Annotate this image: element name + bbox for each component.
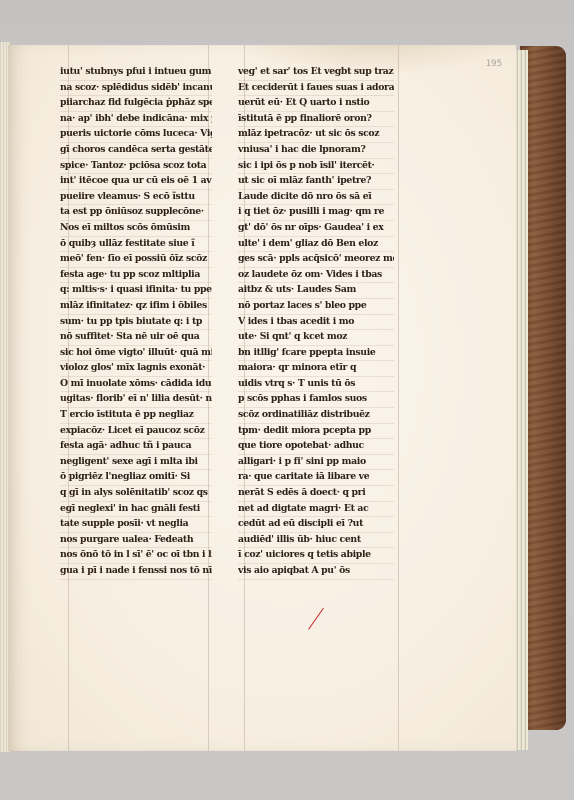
manuscript-line: gua i pī i nade i fenssi nos tō nīo xyxy=(60,564,212,580)
manuscript-line: maiora· qr minora etīr q xyxy=(238,361,394,377)
manuscript-line: gt' dō' ōs nr oīps· Gaudea' i ex xyxy=(238,221,394,237)
manuscript-line: tpm· dedit miora pcepta pp xyxy=(238,424,394,440)
manuscript-line: ut sic oī mlāz fanth' ipetre? xyxy=(238,174,394,190)
manuscript-line: iutu' stubnys pfui i intueu gum xyxy=(60,65,212,81)
manuscript-line: bn itllig' fcare ppepta insuie xyxy=(238,346,394,362)
manuscript-line: nerāt S edēs ā doect· q pri xyxy=(238,486,394,502)
manuscript-line: spice· Tantoz· pciōsa scoz tota xyxy=(60,159,212,175)
manuscript-line: uerūt eū· Et Q uarto i nstio xyxy=(238,96,394,112)
manuscript-line: O mī inuolate xōms· cādida idu' xyxy=(60,377,212,393)
manuscript-line: gī choros candēca serta gestātes in xyxy=(60,143,212,159)
manuscript-line: negligent' sexe agī i mlta ibi xyxy=(60,455,212,471)
manuscript-line: festa age· tu pp scoz mltiplia xyxy=(60,268,212,284)
manuscript-line: sum· tu pp tpis biutate q: i tp xyxy=(60,315,212,331)
manuscript-line: que tiore opotebat· adhuc xyxy=(238,439,394,455)
manuscript-line: aitbz & uts· Laudes Sam xyxy=(238,283,394,299)
manuscript-line: ra· que caritate iā libare ve xyxy=(238,470,394,486)
manuscript-line: egī neglexi' in hac gnāli festi xyxy=(60,502,212,518)
manuscript-line: pueiire vleamus· S ecō ĩsttu xyxy=(60,190,212,206)
manuscript-line: violoz glos' mīx lagnis exonāt· xyxy=(60,361,212,377)
manuscript-line: tate supple posīi· vt neglia xyxy=(60,517,212,533)
manuscript-line: ī coz' uiciores q tetis abiple xyxy=(238,548,394,564)
manuscript-line: p scōs pphas i famlos suos xyxy=(238,392,394,408)
manuscript-line: nos purgare ualea· Fedeath xyxy=(60,533,212,549)
manuscript-line: ulte' i dem' gliaz dō Ben eloz xyxy=(238,237,394,253)
manuscript-line: mlāz ifinitatez· qz ifim i ōbiles xyxy=(60,299,212,315)
manuscript-line: ō quibȝ ullāz festitate siue ĩ xyxy=(60,237,212,253)
manuscript-line: meō' fen· ſīo eī possiū ōīz scōz xyxy=(60,252,212,268)
manuscript-line: alligari· i p fi' sini pp maio xyxy=(238,455,394,471)
manuscript-line: na· ap' ibh' debe indicāna· mix pu xyxy=(60,112,212,128)
manuscript-line: sic hoi ōme vigto' illuūt· quā mito xyxy=(60,346,212,362)
manuscript-line: i q tiet ōz· pusilli i mag· qm re xyxy=(238,205,394,221)
manuscript-line: net ad digtate magri· Et ac xyxy=(238,502,394,518)
manuscript-line: sic i ipi ōs p nob īsil' itercēt· xyxy=(238,159,394,175)
manuscript-line: q: mltis·s· i quasi ifinita· tu ppe xyxy=(60,283,212,299)
manuscript-line: uidis vtrq s· T unis tū ōs xyxy=(238,377,394,393)
text-column-right: veg' et sar' tos Et vegbt sup traz·Et ce… xyxy=(238,65,394,580)
manuscript-line: ō pigriēz l'negliaz omitī· Si xyxy=(60,470,212,486)
manuscript-line: nō portaz laces s' bleo ppe xyxy=(238,299,394,315)
manuscript-line: Nos eī miltos scōs ōmūsim xyxy=(60,221,212,237)
manuscript-line: audiēd' illis ūb· hiuc cent xyxy=(238,533,394,549)
folio-number: 195 xyxy=(486,59,502,69)
manuscript-line: ute· Si qnt' q kcet moz xyxy=(238,330,394,346)
manuscript-line: vniusa' i hac die lpnoram? xyxy=(238,143,394,159)
manuscript-line: T ercio īstituta ē pp negliaz xyxy=(60,408,212,424)
manuscript-line: q gī in alys solēnitatib' scoz qs xyxy=(60,486,212,502)
manuscript-line: oz laudete ōz om· Vides i tbas xyxy=(238,268,394,284)
manuscript-line: mlāz ipetracōz· ut sic ōs scoz xyxy=(238,127,394,143)
manuscript-line: vis aio apiqbat A pu' ōs xyxy=(238,564,394,580)
manuscript-line: int' itēcoe qua ur cū eis oē 1 av ẍ xyxy=(60,174,212,190)
manuscript-line: nos ōnō tō in l sī' ē' oc oī tbn i li xyxy=(60,548,212,564)
manuscript-line: Laude dicite dō nro ōs sā eī xyxy=(238,190,394,206)
manuscript-line: pueris uictorie cōms luceca· Vigīn' xyxy=(60,127,212,143)
manuscript-line: ta est pp ōniūsoz supplecōne· xyxy=(60,205,212,221)
manuscript-line: festa agā· adhuc tñ i pauca xyxy=(60,439,212,455)
manuscript-line: ges scā· ppls acq̄sicō' meorez me xyxy=(238,252,394,268)
text-column-left: iutu' stubnys pfui i intueu gumna scoz· … xyxy=(60,65,212,580)
manuscript-line: īstitutā ē pp finaliorē oron? xyxy=(238,112,394,128)
manuscript-line: na scoz· splēdidus sidēb' incanua xyxy=(60,81,212,97)
manuscript-line: Et ceciderūt i faues suas i adora xyxy=(238,81,394,97)
manuscript-line: scōz ordinatiliāz distribuēz xyxy=(238,408,394,424)
manuscript-line: expiacōz· Licet eī paucoz scōz xyxy=(60,424,212,440)
manuscript-line: cedūt ad eū discipli eī ?ut xyxy=(238,517,394,533)
manuscript-line: ugitas· florib' eī n' lilia desūt· n' ro… xyxy=(60,392,212,408)
ruling-line xyxy=(398,45,399,751)
manuscript-line: V ides i tbas acedit i mo xyxy=(238,315,394,331)
manuscript-line: piiarchaz fid fulgēcia ṗphāz spe leta xyxy=(60,96,212,112)
manuscript-line: veg' et sar' tos Et vegbt sup traz· xyxy=(238,65,394,81)
manuscript-line: nō suffitet· Sta nē uir oē qua xyxy=(60,330,212,346)
